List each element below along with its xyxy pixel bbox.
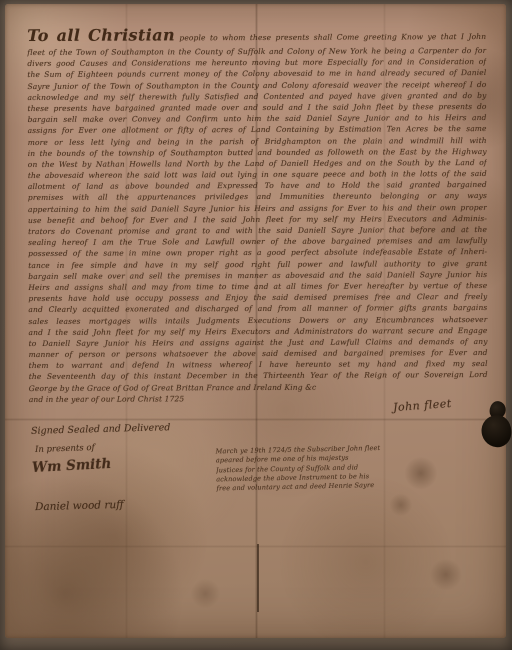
attestation-line: Signed Sealed and Delivered	[31, 422, 171, 437]
opening-flourish: To all Christian	[27, 25, 175, 45]
grantor-signature: John fleet	[393, 397, 452, 414]
paper-crack	[257, 544, 259, 612]
witness-signature: Daniel wood ruff	[35, 499, 124, 513]
document-photo: To all Christian people to whom these pr…	[0, 0, 512, 650]
deed-body-lines: fleet of the Town of Southampton in the …	[27, 45, 488, 405]
manuscript-paper: To all Christian people to whom these pr…	[5, 4, 506, 638]
witness-signature: Wm Smith	[32, 456, 112, 476]
fold-crease-horizontal-upper	[5, 418, 506, 421]
deed-body: To all Christian people to whom these pr…	[27, 23, 488, 405]
acknowledgment-block: March ye 19th 1724/5 the Subscriber John…	[216, 443, 447, 494]
fold-crease-horizontal-lower	[5, 545, 506, 548]
first-line-text: people to whom these presents shall Come…	[179, 32, 486, 42]
manuscript-line: the Seventeenth day of this instant Dece…	[29, 369, 488, 382]
manuscript-line: To all Christian people to whom these pr…	[27, 23, 486, 47]
wax-seal	[476, 399, 512, 452]
attestation-line: In presents of	[35, 443, 95, 455]
